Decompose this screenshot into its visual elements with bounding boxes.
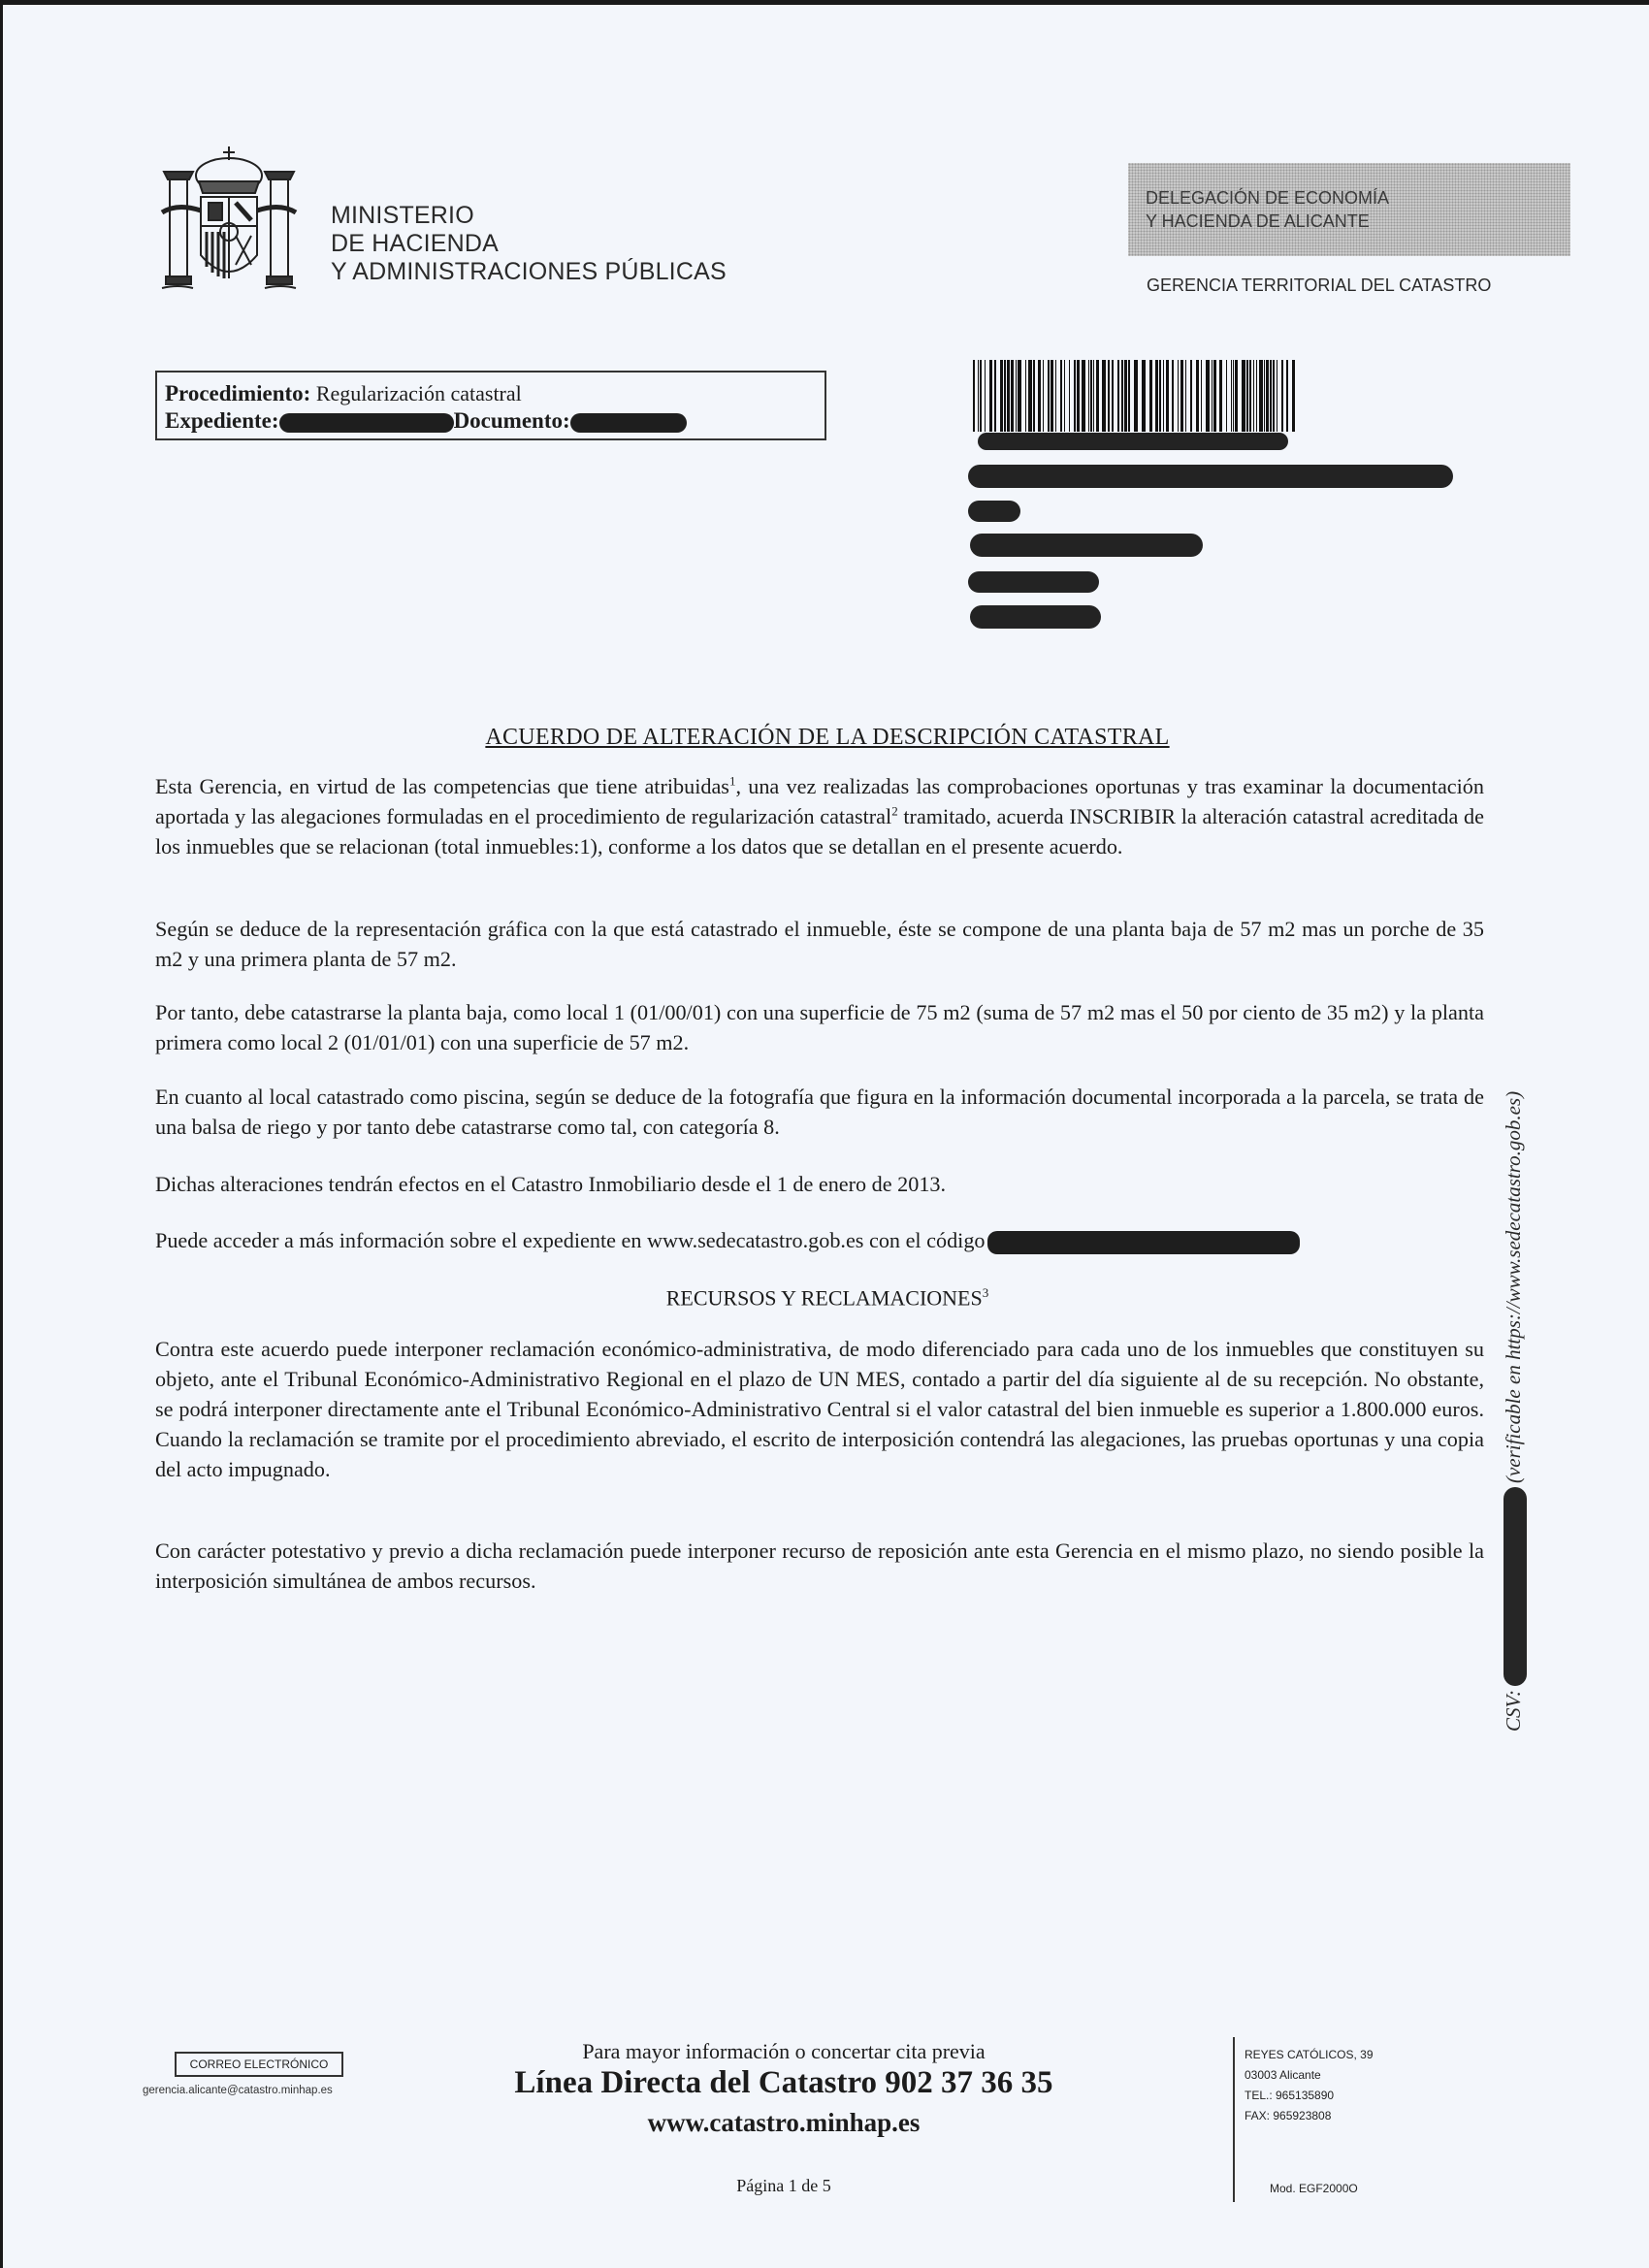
csv-verification: CSV:(verificable en https://www.sedecata… xyxy=(1502,1053,1527,1732)
page-number: Página 1 de 5 xyxy=(439,2176,1128,2196)
delegacion-line-2: Y HACIENDA DE ALICANTE xyxy=(1146,210,1570,233)
office-address: REYES CATÓLICOS, 39 03003 Alicante TEL.:… xyxy=(1245,2045,1374,2126)
email-address[interactable]: gerencia.alicante@catastro.minhap.es xyxy=(143,2085,333,2096)
recipient-redaction-5 xyxy=(968,571,1099,593)
csv-label: CSV: xyxy=(1502,1690,1525,1732)
ministry-line-3: Y ADMINISTRACIONES PÚBLICAS xyxy=(331,258,727,286)
address-tel: TEL.: 965135890 xyxy=(1245,2086,1374,2106)
footnote-ref-3: 3 xyxy=(983,1285,989,1300)
recursos-title-text: RECURSOS Y RECLAMACIONES xyxy=(666,1285,983,1310)
procedimiento-row: Procedimiento: Regularización catastral xyxy=(165,380,824,407)
address-fax: FAX: 965923808 xyxy=(1245,2106,1374,2126)
spanish-coat-of-arms-icon xyxy=(158,143,300,296)
expediente-label: Expediente: xyxy=(165,408,279,433)
procedimiento-label: Procedimiento: xyxy=(165,381,310,405)
recipient-redaction-2 xyxy=(968,465,1453,488)
model-code: Mod. EGF2000O xyxy=(1270,2182,1358,2195)
document-page: MINISTERIO DE HACIENDA Y ADMINISTRACIONE… xyxy=(3,5,1649,2268)
expediente-row: Expediente:Documento: xyxy=(165,407,824,435)
paragraph-representacion: Según se deduce de la representación grá… xyxy=(155,914,1484,974)
recipient-redaction-4 xyxy=(970,534,1203,557)
ministry-line-1: MINISTERIO xyxy=(331,202,727,230)
expediente-redaction xyxy=(279,413,454,433)
procedimiento-value: Regularización catastral xyxy=(316,381,522,405)
address-city: 03003 Alicante xyxy=(1245,2065,1374,2086)
address-divider xyxy=(1233,2037,1235,2202)
recipient-redaction-6 xyxy=(970,605,1101,629)
procedure-box: Procedimiento: Regularización catastral … xyxy=(155,371,826,440)
footer-website[interactable]: www.catastro.minhap.es xyxy=(439,2108,1128,2138)
sede-text: Puede acceder a más información sobre el… xyxy=(155,1228,986,1252)
document-title: ACUERDO DE ALTERACIÓN DE LA DESCRIPCIÓN … xyxy=(3,725,1649,751)
barcode-icon xyxy=(973,360,1297,432)
documento-label: Documento: xyxy=(454,408,570,433)
paragraph-reclamacion: Contra este acuerdo puede interponer rec… xyxy=(155,1334,1484,1484)
codigo-redaction xyxy=(987,1231,1300,1254)
ministry-name: MINISTERIO DE HACIENDA Y ADMINISTRACIONE… xyxy=(331,202,727,286)
csv-redaction xyxy=(1503,1487,1527,1686)
paragraph-piscina: En cuanto al local catastrado como pisci… xyxy=(155,1082,1484,1142)
paragraph-sede: Puede acceder a más información sobre el… xyxy=(155,1225,1484,1255)
recipient-redaction-3 xyxy=(968,501,1020,522)
recursos-title: RECURSOS Y RECLAMACIONES3 xyxy=(3,1285,1649,1311)
ministry-line-2: DE HACIENDA xyxy=(331,230,727,258)
recipient-redaction-1 xyxy=(978,433,1288,450)
documento-redaction xyxy=(570,413,687,433)
paragraph-reposicion: Con carácter potestativo y previo a dich… xyxy=(155,1536,1484,1596)
delegacion-box: DELEGACIÓN DE ECONOMÍA Y HACIENDA DE ALI… xyxy=(1128,163,1570,256)
p1-text-a: Esta Gerencia, en virtud de las competen… xyxy=(155,774,729,798)
footer-linea-directa: Línea Directa del Catastro 902 37 36 35 xyxy=(439,2065,1128,2101)
email-label-box: CORREO ELECTRÓNICO xyxy=(175,2052,343,2077)
delegacion-line-1: DELEGACIÓN DE ECONOMÍA xyxy=(1146,186,1570,210)
address-street: REYES CATÓLICOS, 39 xyxy=(1245,2045,1374,2065)
paragraph-efectos: Dichas alteraciones tendrán efectos en e… xyxy=(155,1169,1484,1199)
paragraph-planta-baja: Por tanto, debe catastrarse la planta ba… xyxy=(155,997,1484,1057)
gerencia-label: GERENCIA TERRITORIAL DEL CATASTRO xyxy=(1147,275,1491,296)
csv-verify-text: (verificable en https://www.sedecatastro… xyxy=(1502,1091,1525,1483)
paragraph-acuerdo: Esta Gerencia, en virtud de las competen… xyxy=(155,771,1484,861)
footer-info-line: Para mayor información o concertar cita … xyxy=(439,2039,1128,2064)
